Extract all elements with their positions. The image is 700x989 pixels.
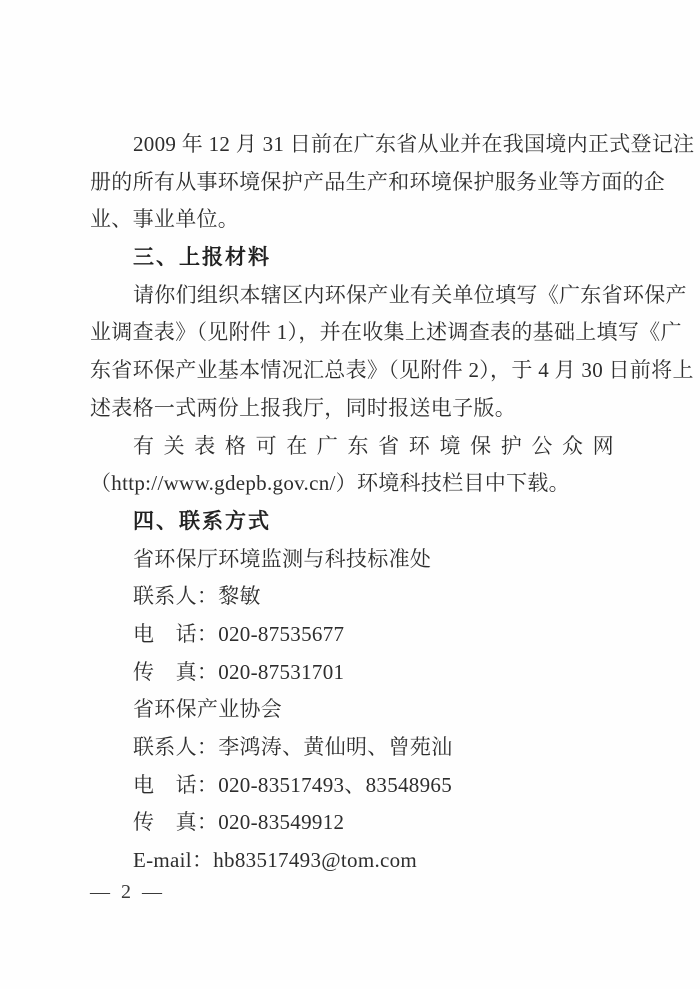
contact-line-phone: 电 话：020-83517493、83548965 bbox=[90, 767, 614, 805]
paragraph-line: 业、事业单位。 bbox=[90, 201, 614, 239]
paragraph-line: 述表格一式两份上报我厅，同时报送电子版。 bbox=[90, 390, 614, 428]
paragraph-line: 有关表格可在广东省环境保护公众网 bbox=[90, 428, 614, 466]
paragraph-line-with-url: （http://www.gdepb.gov.cn/）环境科技栏目中下载。 bbox=[90, 465, 614, 503]
section-heading-materials: 三、上报材料 bbox=[90, 239, 614, 277]
paragraph-line: 2009 年 12 月 31 日前在广东省从业并在我国境内正式登记注 bbox=[90, 126, 614, 164]
contact-line-person: 联系人：李鸿涛、黄仙明、曾苑汕 bbox=[90, 729, 614, 767]
paragraph-line: 册的所有从事环境保护产品生产和环境保护服务业等方面的企 bbox=[90, 164, 614, 202]
section-heading-contact: 四、联系方式 bbox=[90, 503, 614, 541]
contact-line-phone: 电 话：020-87535677 bbox=[90, 616, 614, 654]
paragraph-line: 东省环保产业基本情况汇总表》（见附件 2），于 4 月 30 日前将上 bbox=[90, 352, 614, 390]
contact-line-person: 联系人：黎敏 bbox=[90, 578, 614, 616]
document-body: 2009 年 12 月 31 日前在广东省从业并在我国境内正式登记注 册的所有从… bbox=[90, 126, 614, 880]
page-number: — 2 — bbox=[90, 878, 165, 906]
contact-line-fax: 传 真：020-83549912 bbox=[90, 804, 614, 842]
paragraph-line: 业调查表》（见附件 1），并在收集上述调查表的基础上填写《广 bbox=[90, 314, 614, 352]
document-page: 2009 年 12 月 31 日前在广东省从业并在我国境内正式登记注 册的所有从… bbox=[0, 0, 700, 989]
contact-line-association: 省环保产业协会 bbox=[90, 691, 614, 729]
contact-line-fax: 传 真：020-87531701 bbox=[90, 654, 614, 692]
contact-line-department: 省环保厅环境监测与科技标准处 bbox=[90, 541, 614, 579]
contact-line-email: E-mail：hb83517493@tom.com bbox=[90, 842, 614, 880]
paragraph-line: 请你们组织本辖区内环保产业有关单位填写《广东省环保产 bbox=[90, 277, 614, 315]
